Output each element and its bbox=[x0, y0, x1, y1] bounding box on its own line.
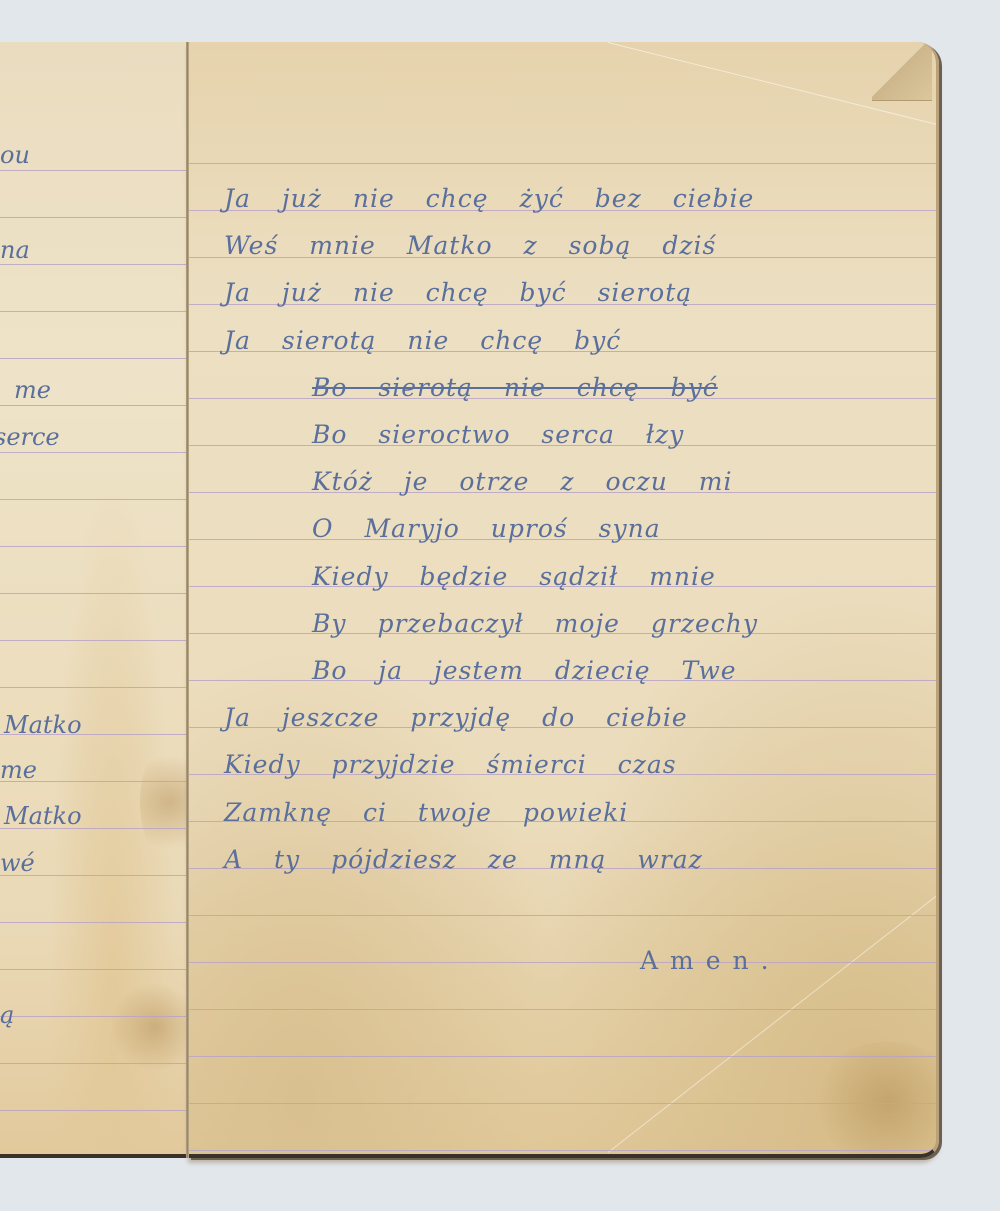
left-page-fragment: Matko bbox=[4, 802, 82, 830]
open-notebook: ounameserceMatkomeMatkowéą Ja już nie ch… bbox=[0, 42, 940, 1160]
left-page-fragment: me bbox=[14, 376, 51, 404]
ruled-line bbox=[0, 264, 188, 265]
poem-line: Ja już nie chcę być sierotą bbox=[224, 280, 692, 305]
ruled-line bbox=[188, 1009, 936, 1010]
ruled-line bbox=[188, 915, 936, 916]
poem-line-struck-through: Bo sierotą nie chcę być bbox=[312, 375, 718, 400]
ruled-line bbox=[0, 593, 188, 594]
ruled-line bbox=[0, 546, 188, 547]
poem-line: O Maryjo uproś syna bbox=[312, 516, 661, 541]
ruled-line bbox=[0, 640, 188, 641]
right-page: Ja już nie chcę żyć bez ciebie Weś mnie … bbox=[188, 42, 939, 1158]
poem-line: Ja jeszcze przyjdę do ciebie bbox=[224, 705, 688, 730]
page-gutter bbox=[186, 42, 189, 1158]
left-page: ounameserceMatkomeMatkowéą bbox=[0, 42, 188, 1158]
poem-line: Ja sierotą nie chcę być bbox=[224, 328, 621, 353]
left-page-fragment: ou bbox=[0, 141, 30, 169]
water-stain bbox=[808, 1042, 939, 1158]
ruled-line bbox=[0, 1063, 188, 1064]
ruled-line bbox=[0, 969, 188, 970]
poem-line: Któż je otrze z oczu mi bbox=[312, 469, 732, 494]
ruled-line bbox=[0, 922, 188, 923]
ruled-line bbox=[188, 163, 936, 164]
ruled-line bbox=[0, 499, 188, 500]
ruled-line bbox=[0, 358, 188, 359]
ruled-line bbox=[0, 452, 188, 453]
left-page-fragment: ą bbox=[0, 1001, 14, 1029]
ruled-line bbox=[0, 687, 188, 688]
poem-line: Bo sieroctwo serca łzy bbox=[312, 422, 684, 447]
poem-line: Kiedy będzie sądził mnie bbox=[312, 564, 716, 589]
poem-line: By przebaczył moje grzechy bbox=[312, 611, 758, 636]
poem-line: Weś mnie Matko z sobą dziś bbox=[224, 233, 716, 258]
water-stain bbox=[110, 982, 188, 1072]
ruled-line bbox=[0, 1110, 188, 1111]
poem-line: Zamknę ci twoje powieki bbox=[224, 800, 628, 825]
left-page-fragment: na bbox=[0, 236, 30, 264]
left-page-fragment: wé bbox=[0, 849, 35, 877]
poem-line: A ty pójdziesz ze mną wraz bbox=[224, 847, 703, 872]
ruled-line bbox=[0, 311, 188, 312]
poem-line: Ja już nie chcę żyć bez ciebie bbox=[224, 186, 754, 211]
dog-eared-corner bbox=[872, 44, 932, 101]
closing-amen: Amen. bbox=[640, 948, 781, 973]
ruled-line bbox=[188, 962, 936, 963]
poem-line: Kiedy przyjdzie śmierci czas bbox=[224, 752, 677, 777]
ruled-line bbox=[188, 1056, 936, 1057]
ruled-line bbox=[0, 405, 188, 406]
ruled-line bbox=[188, 1103, 936, 1104]
left-page-fragment: Matko bbox=[4, 711, 82, 739]
left-page-fragment: serce bbox=[0, 423, 60, 451]
poem-line: Bo ja jestem dziecię Twe bbox=[312, 658, 737, 683]
left-page-fragment: me bbox=[0, 756, 37, 784]
ruled-line bbox=[0, 217, 188, 218]
water-stain bbox=[140, 742, 188, 862]
ruled-line bbox=[188, 1150, 936, 1151]
ruled-line bbox=[0, 170, 188, 171]
ruled-line bbox=[0, 1016, 188, 1017]
